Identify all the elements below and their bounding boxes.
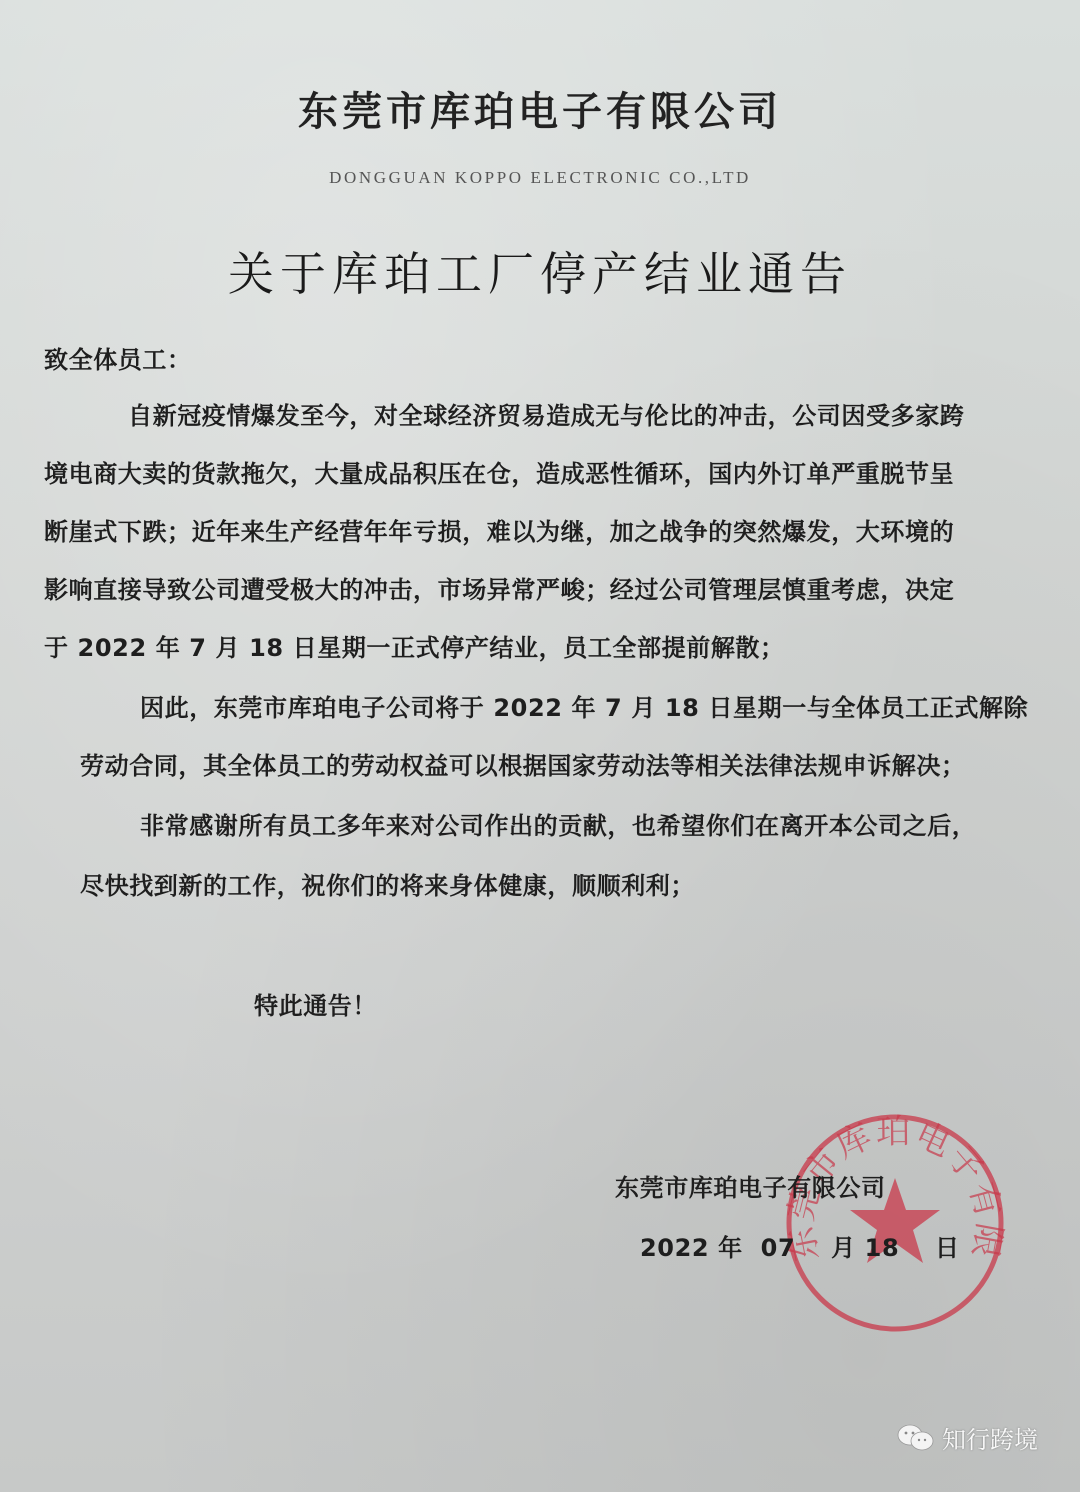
body-line: 尽快找到新的工作，祝你们的将来身体健康，顺顺利利； (80, 866, 695, 901)
letterhead-company-name-en: DONGGUAN KOPPO ELECTRONIC CO.,LTD (0, 168, 1080, 188)
company-seal-stamp: 东莞市库珀电子有限公司 (780, 1108, 1010, 1338)
letterhead-company-name-cn: 东莞市库珀电子有限公司 (0, 80, 1080, 137)
watermark: 知行跨境 (896, 1420, 1038, 1455)
body-line: 影响直接导致公司遭受极大的冲击，市场异常严峻；经过公司管理层慎重考虑，决定 (44, 570, 954, 605)
body-line: 劳动合同，其全体员工的劳动权益可以根据国家劳动法等相关法律法规申诉解决； (80, 746, 966, 781)
body-line: 自新冠疫情爆发至今，对全球经济贸易造成无与伦比的冲击，公司因受多家跨 (128, 396, 964, 431)
signature-company: 东莞市库珀电子有限公司 (615, 1168, 886, 1203)
body-line: 非常感谢所有员工多年来对公司作出的贡献，也希望你们在离开本公司之后， (140, 806, 976, 841)
salutation: 致全体员工： (44, 340, 192, 375)
body-line: 于 2022 年 7 月 18 日星期一正式停产结业，员工全部提前解散； (44, 628, 785, 663)
body-line: 断崖式下跌；近年来生产经营年年亏损，难以为继，加之战争的突然爆发，大环境的 (44, 512, 954, 547)
signature-date: 2022 年 07 月 18 日 (640, 1228, 960, 1263)
body-line: 境电商大卖的货款拖欠，大量成品积压在仓，造成恶性循环，国内外订单严重脱节呈 (44, 454, 954, 489)
notice-title: 关于库珀工厂停产结业通告 (0, 238, 1080, 304)
body-line: 因此，东莞市库珀电子公司将于 2022 年 7 月 18 日星期一与全体员工正式… (140, 688, 1028, 723)
watermark-text: 知行跨境 (942, 1420, 1038, 1455)
closing-text: 特此通告！ (254, 986, 377, 1021)
wechat-icon (896, 1423, 936, 1453)
